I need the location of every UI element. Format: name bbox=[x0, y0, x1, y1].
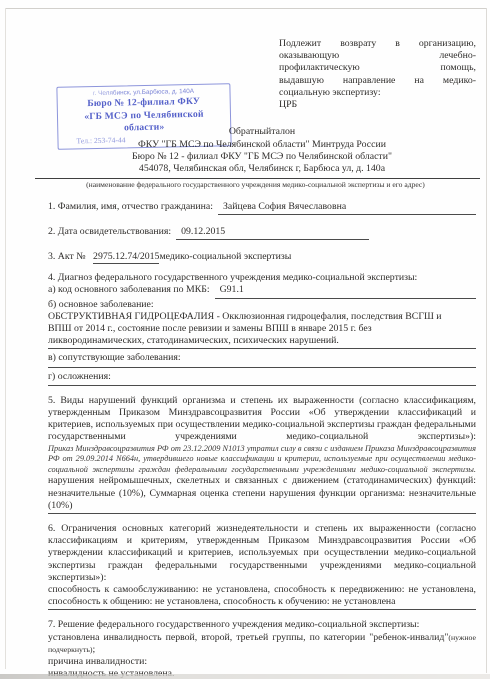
decision-text: установлена инвалидность первой, второй,… bbox=[48, 632, 476, 656]
fullname-value: Зайцева София Вячеславовна bbox=[218, 201, 476, 215]
section-5-dysfunctions: 5. Виды нарушений функций организма и ст… bbox=[48, 395, 476, 514]
return-note-line: выдавшую направление на медико- bbox=[279, 75, 476, 87]
scan-edge-bottom bbox=[0, 674, 490, 679]
header-rule bbox=[35, 178, 480, 179]
bureau-stamp: г. Челябинск, ул.Барбюса, д. 140А Бюро №… bbox=[56, 83, 231, 149]
scan-edge-right bbox=[486, 8, 487, 673]
header-caption: (наименование федерального государственн… bbox=[35, 180, 476, 190]
disability-cause-label: причина инвалидности: bbox=[48, 656, 476, 668]
return-note: Подлежит возврату в организацию, оказыва… bbox=[279, 38, 476, 111]
return-note-line: социальную экспертизу: bbox=[279, 87, 476, 99]
field-act-number: 3. Акт № 2975.12.74/2015медико-социально… bbox=[48, 251, 476, 263]
section-4-title: 4. Диагноз федерального государственного… bbox=[48, 272, 476, 284]
main-disease-line: ВПШ от 2014 г., состояние после ревизии … bbox=[48, 323, 476, 335]
decision-main: установлена инвалидность первой, второй,… bbox=[48, 632, 448, 643]
field-exam-date: 2. Дата освидетельствования: 09.12.2015 bbox=[48, 226, 476, 240]
section-6-intro: 6. Ограничения основных категорий жизнед… bbox=[48, 523, 476, 584]
scan-edge-top bbox=[6, 8, 486, 9]
org-name-line: Бюро № 12 - филиал ФКУ "ГБ МСЭ по Челяби… bbox=[48, 151, 476, 163]
icd-code-value: G91.1 bbox=[215, 284, 476, 298]
main-disease-line: ОБСТРУКТИВНАЯ ГИДРОЦЕФАЛИЯ - Окклюзионна… bbox=[48, 311, 476, 323]
main-disease-line: ликвородинамических, статодинамических, … bbox=[48, 335, 476, 349]
decision-end: ; bbox=[93, 644, 96, 655]
section-5-legal-note: Приказ Минздравсоцразвития РФ от 23.12.2… bbox=[48, 444, 476, 476]
act-number-value: 2975.12.74/2015 bbox=[93, 251, 159, 264]
field-suffix: медико-социальной экспертизы bbox=[159, 251, 291, 262]
section-6-limitations: 6. Ограничения основных категорий жизнед… bbox=[48, 523, 476, 610]
return-note-org: ЦРБ bbox=[279, 99, 476, 111]
scan-edge-left bbox=[5, 8, 6, 669]
section-7-decision: 7. Решение федерального государственного… bbox=[48, 619, 476, 679]
section-5-intro: 5. Виды нарушений функций организма и ст… bbox=[48, 395, 476, 444]
section-7-title: 7. Решение федерального государственного… bbox=[48, 619, 476, 631]
field-fullname: 1. Фамилия, имя, отчество гражданина: За… bbox=[48, 201, 476, 215]
org-address-line: 454078, Челябинская обл, Челябинск г, Ба… bbox=[48, 163, 476, 175]
document-page: Подлежит возврату в организацию, оказыва… bbox=[0, 0, 490, 679]
section-4-diagnosis: 4. Диагноз федерального государственного… bbox=[48, 272, 476, 386]
exam-date-value: 09.12.2015 bbox=[176, 226, 369, 240]
field-label: а) код основного заболевания по МКБ: bbox=[48, 284, 210, 296]
section-6-result: способность к самообслуживанию: не устан… bbox=[48, 584, 476, 610]
field-icd-code: а) код основного заболевания по МКБ: G91… bbox=[48, 284, 476, 298]
field-label: 2. Дата освидетельствования: bbox=[48, 226, 171, 238]
return-note-line: Подлежит возврату в организацию, bbox=[279, 38, 476, 50]
complications-row: г) осложнения: bbox=[48, 371, 476, 386]
return-note-line: профилактическую помощь, bbox=[279, 62, 476, 74]
section-5-result: нарушения нейромышечных, скелетных и свя… bbox=[48, 475, 476, 514]
return-note-line: оказывающую лечебно- bbox=[279, 50, 476, 62]
main-disease-label: б) основное заболевание: bbox=[48, 299, 476, 311]
stamp-phone: Тел.: 253-74-44 bbox=[62, 133, 226, 146]
field-label: 1. Фамилия, имя, отчество гражданина: bbox=[48, 201, 213, 213]
concomitant-diseases-row: в) сопутствующие заболевания: bbox=[48, 352, 476, 367]
field-label: 3. Акт № bbox=[48, 251, 86, 262]
